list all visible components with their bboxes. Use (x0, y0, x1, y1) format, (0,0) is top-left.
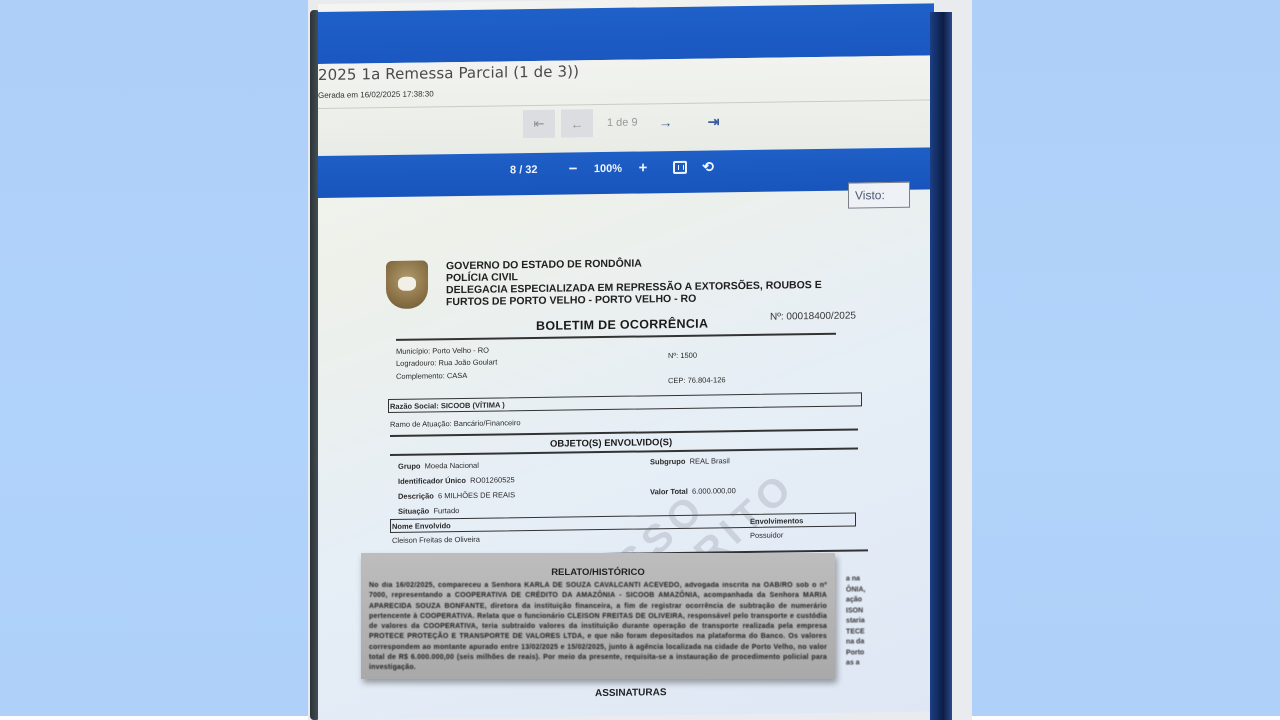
first-page-button[interactable]: ⇤ (523, 110, 555, 138)
text-fragment: Porto (846, 648, 876, 659)
numero: Nº: 1500 (668, 351, 697, 360)
relato-historico-overlay: RELATO/HISTÓRICO No dia 16/02/2025, comp… (361, 553, 835, 679)
logradouro: Logradouro: Rua João Goulart (396, 357, 497, 367)
objects-section-title: OBJETO(S) ENVOLVIDO(S) (550, 437, 672, 450)
subgrupo-label: Subgrupo (650, 457, 685, 466)
descricao-value: 6 MILHÕES DE REAIS (438, 490, 515, 500)
text-fragment: na da (846, 637, 876, 648)
fit-page-icon (673, 161, 687, 174)
descricao-label: Descrição (398, 491, 434, 501)
grupo-value: Moeda Nacional (425, 461, 479, 471)
grupo-label: Grupo (398, 462, 421, 471)
text-fragment: ISON (846, 606, 876, 617)
envolvido-name: Cleison Freitas de Oliveira (392, 535, 480, 545)
envolvido-header: Nome Envolvido (392, 521, 451, 531)
relato-text: No dia 16/02/2025, compareceu a Senhora … (369, 581, 827, 674)
visto-field[interactable]: Visto: (848, 182, 910, 209)
descricao: Descrição 6 MILHÕES DE REAIS (398, 490, 515, 501)
document-header-panel: 2025 1a Remessa Parcial (1 de 3)) Gerada… (318, 55, 934, 156)
text-fragment: staria (846, 616, 876, 627)
identificador-label: Identificador Único (398, 476, 466, 486)
zoom-in-button[interactable]: + (630, 159, 656, 176)
document-pager: ⇤ ← 1 de 9 → ⇥ (523, 106, 728, 139)
grupo: Grupo Moeda Nacional (398, 461, 479, 471)
page-indicator[interactable]: 8 / 32 (510, 163, 560, 176)
identificador: Identificador Único RO01260525 (398, 475, 515, 486)
last-page-button[interactable]: ⇥ (700, 113, 728, 130)
relato-right-margin: a na ÔNIA, ação ISON staria TECE na da P… (846, 574, 876, 669)
last-page-icon: ⇥ (708, 113, 720, 129)
fit-page-button[interactable] (668, 159, 692, 175)
prev-page-icon: ← (571, 116, 584, 131)
razao-social: Razão Social: SICOOB (VÍTIMA ) (390, 400, 505, 411)
ramo-atuacao: Ramo de Atuação: Bancário/Financeiro (390, 418, 521, 429)
text-fragment: ÔNIA, (846, 585, 876, 596)
zoom-level[interactable]: 100% (586, 162, 630, 175)
pager-label: 1 de 9 (607, 117, 638, 129)
prev-page-button[interactable]: ← (561, 109, 593, 137)
municipio: Município: Porto Velho - RO (396, 346, 489, 356)
monitor-bezel-right (930, 12, 952, 720)
document-title: 2025 1a Remessa Parcial (1 de 3)) (318, 62, 579, 84)
situacao-value: Furtado (433, 506, 459, 515)
text-fragment: as a (846, 658, 876, 669)
report-number: Nº: 00018400/2025 (770, 310, 856, 322)
text-fragment: TECE (846, 627, 876, 638)
divider (396, 333, 836, 341)
report-title: BOLETIM DE OCORRÊNCIA (536, 317, 708, 333)
background-right (972, 0, 1280, 716)
police-badge-logo (386, 260, 428, 309)
rotate-icon: ⟲ (702, 158, 714, 175)
text-fragment: ação (846, 595, 876, 606)
document-generated-timestamp: Gerada em 16/02/2025 17:38:30 (318, 89, 434, 100)
relato-title: RELATO/HISTÓRICO (361, 567, 835, 578)
situacao: Situação Furtado (398, 506, 459, 516)
current-page[interactable]: 8 (510, 164, 516, 176)
minus-icon: − (569, 160, 578, 177)
next-page-button[interactable]: → (652, 114, 680, 130)
first-page-icon: ⇤ (534, 116, 545, 132)
background-left (0, 0, 308, 716)
next-page-icon: → (659, 114, 673, 130)
text-fragment: a na (846, 574, 876, 585)
rotate-button[interactable]: ⟲ (696, 159, 720, 175)
plus-icon: + (639, 159, 648, 176)
situacao-label: Situação (398, 506, 429, 515)
institution-header: GOVERNO DO ESTADO DE RONDÔNIA POLÍCIA CI… (446, 255, 822, 308)
total-pages: / 32 (519, 163, 537, 175)
pdf-toolbar: 8 / 32 − 100% + ⟲ (318, 147, 934, 198)
identificador-value: RO01260525 (470, 475, 515, 485)
screen-photo: 2025 1a Remessa Parcial (1 de 3)) Gerada… (308, 0, 972, 720)
signatures-title: ASSINATURAS (595, 687, 666, 699)
zoom-out-button[interactable]: − (560, 160, 586, 177)
complemento: Complemento: CASA (396, 371, 467, 381)
app-top-bar (318, 3, 934, 64)
cep: CEP: 76.804-126 (668, 375, 726, 385)
